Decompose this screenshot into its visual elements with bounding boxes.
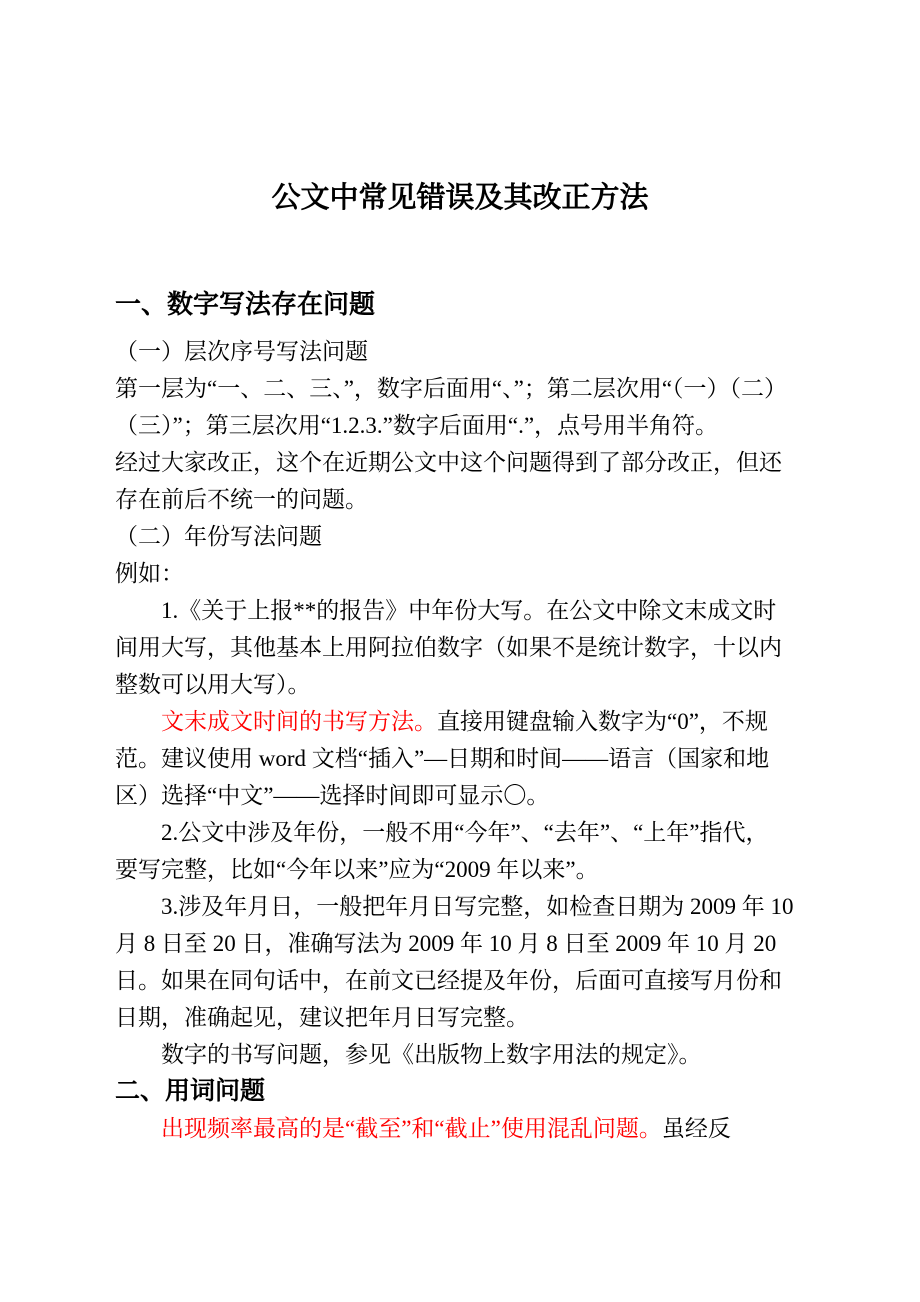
text-line: 数字的书写问题，参见《出版物上数字用法的规定》。 (115, 1036, 807, 1073)
text-line: 3.涉及年月日，一般把年月日写完整，如检查日期为 2009 年 10 (115, 888, 807, 925)
text-line: 1.《关于上报**的报告》中年份大写。在公文中除文末成文时 (115, 592, 807, 629)
text-line: （二）年份写法问题 (115, 518, 807, 555)
text-line: 要写完整，比如“今年以来”应为“2009 年以来”。 (115, 851, 807, 888)
section-heading-numbers: 一、数字写法存在问题 (115, 289, 375, 320)
text-line: 例如： (115, 555, 807, 592)
document-title: 公文中常见错误及其改正方法 (0, 181, 920, 215)
text-line: 存在前后不统一的问题。 (115, 481, 807, 518)
text-segment: 虽经反 (662, 1116, 731, 1141)
document-page: 公文中常见错误及其改正方法 一、数字写法存在问题 （一）层次序号写法问题 第一层… (0, 0, 920, 1302)
text-line: 间用大写，其他基本上用阿拉伯数字（如果不是统计数字，十以内 (115, 629, 807, 666)
text-line: 范。建议使用 word 文档“插入”—日期和时间——语言（国家和地 (115, 740, 807, 777)
text-line: 日。如果在同句话中，在前文已经提及年份，后面可直接写月份和 (115, 962, 807, 999)
text-line: （三）”；第三层次用“1.2.3.”数字后面用“.”，点号用半角符。 (115, 407, 807, 444)
text-line: 2.公文中涉及年份，一般不用“今年”、“去年”、“上年”指代， (115, 814, 807, 851)
text-line-mixed: 出现频率最高的是“截至”和“截止”使用混乱问题。虽经反 (115, 1110, 807, 1147)
red-emphasis-text: 出现频率最高的是“截至”和“截止”使用混乱问题。 (161, 1116, 662, 1141)
document-body: （一）层次序号写法问题 第一层为“一、二、三、”，数字后面用“、”；第二层次用“… (115, 333, 807, 1147)
text-line: （一）层次序号写法问题 (115, 333, 807, 370)
text-line: 第一层为“一、二、三、”，数字后面用“、”；第二层次用“（一）（二） (115, 370, 807, 407)
text-line: 整数可以用大写）。 (115, 666, 807, 703)
text-line: 月 8 日至 20 日，准确写法为 2009 年 10 月 8 日至 2009 … (115, 925, 807, 962)
section-heading-words: 二、用词问题 (115, 1073, 807, 1110)
red-emphasis-text: 文末成文时间的书写方法。 (161, 709, 437, 734)
text-line-mixed: 文末成文时间的书写方法。直接用键盘输入数字为“0”，不规 (115, 703, 807, 740)
text-line: 经过大家改正，这个在近期公文中这个问题得到了部分改正，但还 (115, 444, 807, 481)
text-line: 日期，准确起见，建议把年月日写完整。 (115, 999, 807, 1036)
text-line: 区）选择“中文”——选择时间即可显示〇。 (115, 777, 807, 814)
text-segment: 直接用键盘输入数字为“0”，不规 (437, 709, 768, 734)
